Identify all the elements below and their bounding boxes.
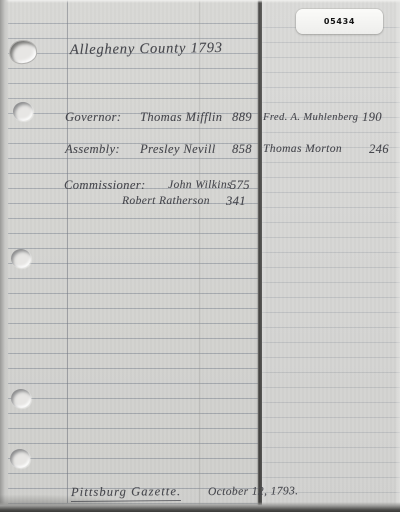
page-title-handwriting: Allegheny County 1793 <box>70 40 223 59</box>
punch-hole-3 <box>11 249 31 268</box>
vote-count-muhlenberg: 190 <box>362 110 382 125</box>
page-edge-top <box>0 0 400 3</box>
page-edge-right <box>395 0 400 512</box>
vote-count-nevill: 858 <box>232 142 252 157</box>
page-edge-left <box>0 0 9 512</box>
ruled-lines-right <box>262 27 400 507</box>
punch-hole-4 <box>11 389 31 408</box>
scanned-notebook-page: 05434 Allegheny County 1793 Governor: Th… <box>0 0 400 512</box>
vote-count-morton: 246 <box>369 142 389 157</box>
ruled-lines-left <box>8 23 262 504</box>
vote-count-ratherson: 341 <box>226 194 246 209</box>
candidate-name-mifflin: Thomas Mifflin <box>140 110 222 125</box>
paper-crease-line <box>199 0 201 506</box>
vote-count-wilkins: 575 <box>230 178 250 193</box>
catalog-sticker: 05434 <box>296 9 383 34</box>
candidate-name-muhlenberg: Fred. A. Muhlenberg <box>263 112 358 123</box>
source-date: October 12, 1793. <box>208 485 299 498</box>
punch-hole-2 <box>13 102 33 121</box>
page-edge-bottom <box>0 502 400 512</box>
vote-count-mifflin: 889 <box>232 110 252 125</box>
page-separator-line <box>258 0 262 507</box>
candidate-name-nevill: Presley Nevill <box>140 142 216 157</box>
office-label-assembly: Assembly: <box>65 142 120 157</box>
candidate-name-wilkins: John Wilkins <box>168 179 232 191</box>
punch-hole-5 <box>10 449 30 468</box>
office-label-governor: Governor: <box>65 110 121 125</box>
office-label-commissioner: Commissioner: <box>64 178 146 193</box>
margin-rule-line <box>67 0 68 503</box>
candidate-name-morton: Thomas Morton <box>263 143 342 155</box>
candidate-name-ratherson: Robert Ratherson <box>122 195 210 207</box>
catalog-number: 05434 <box>324 17 355 26</box>
